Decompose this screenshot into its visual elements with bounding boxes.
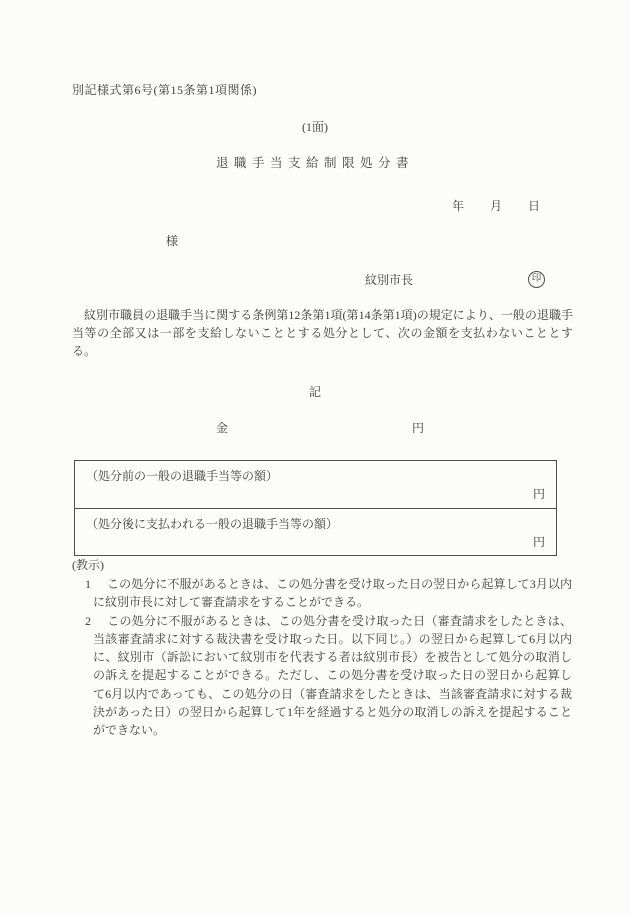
row-label: （処分前の一般の退職手当等の額） <box>86 467 545 485</box>
issuer-name: 紋別市長 <box>365 273 413 287</box>
amount-prefix-label: 金 <box>216 419 228 437</box>
notice-heading: (教示) <box>72 556 572 575</box>
issuer-line: 紋別市長 印 <box>365 271 413 289</box>
row-unit: 円 <box>86 485 545 503</box>
notice-item-number: 2 <box>85 612 107 630</box>
document-page: 別記様式第6号(第15条第1項関係) (1面) 退職手当支給制限処分書 年月日 … <box>0 0 630 915</box>
month-label: 月 <box>490 199 502 213</box>
row-unit: 円 <box>86 533 545 551</box>
page-face-label: (1面) <box>0 118 630 136</box>
seal-icon: 印 <box>528 271 545 288</box>
record-heading: 記 <box>0 383 630 401</box>
amount-unit-label: 円 <box>412 419 424 437</box>
table-row: （処分後に支払われる一般の退職手当等の額） 円 <box>75 508 556 556</box>
notice-item-number: 1 <box>85 575 107 593</box>
notice-section: (教示) 1この処分に不服があるときは、この処分書を受け取った日の翌日から起算し… <box>72 556 572 740</box>
notice-item-text: この処分に不服があるときは、この処分書を受け取った日（審査請求をしたときは、当該… <box>93 614 572 738</box>
year-label: 年 <box>452 199 464 213</box>
body-paragraph: 紋別市職員の退職手当に関する条例第12条第1項(第14条第1項)の規定により、一… <box>72 306 573 360</box>
addressee-honorific: 様 <box>166 232 178 250</box>
notice-item: 2この処分に不服があるときは、この処分書を受け取った日（審査請求をしたときは、当… <box>72 612 572 740</box>
amounts-table: （処分前の一般の退職手当等の額） 円 （処分後に支払われる一般の退職手当等の額）… <box>74 460 557 556</box>
table-row: （処分前の一般の退職手当等の額） 円 <box>75 461 556 508</box>
row-label: （処分後に支払われる一般の退職手当等の額） <box>86 515 545 533</box>
form-number-label: 別記様式第6号(第15条第1項関係) <box>72 81 257 99</box>
document-title: 退職手当支給制限処分書 <box>0 154 630 172</box>
notice-item-text: この処分に不服があるときは、この処分書を受け取った日の翌日から起算して3月以内に… <box>93 577 572 609</box>
day-label: 日 <box>528 199 540 213</box>
date-line: 年月日 <box>452 197 540 215</box>
notice-item: 1この処分に不服があるときは、この処分書を受け取った日の翌日から起算して3月以内… <box>72 575 572 612</box>
